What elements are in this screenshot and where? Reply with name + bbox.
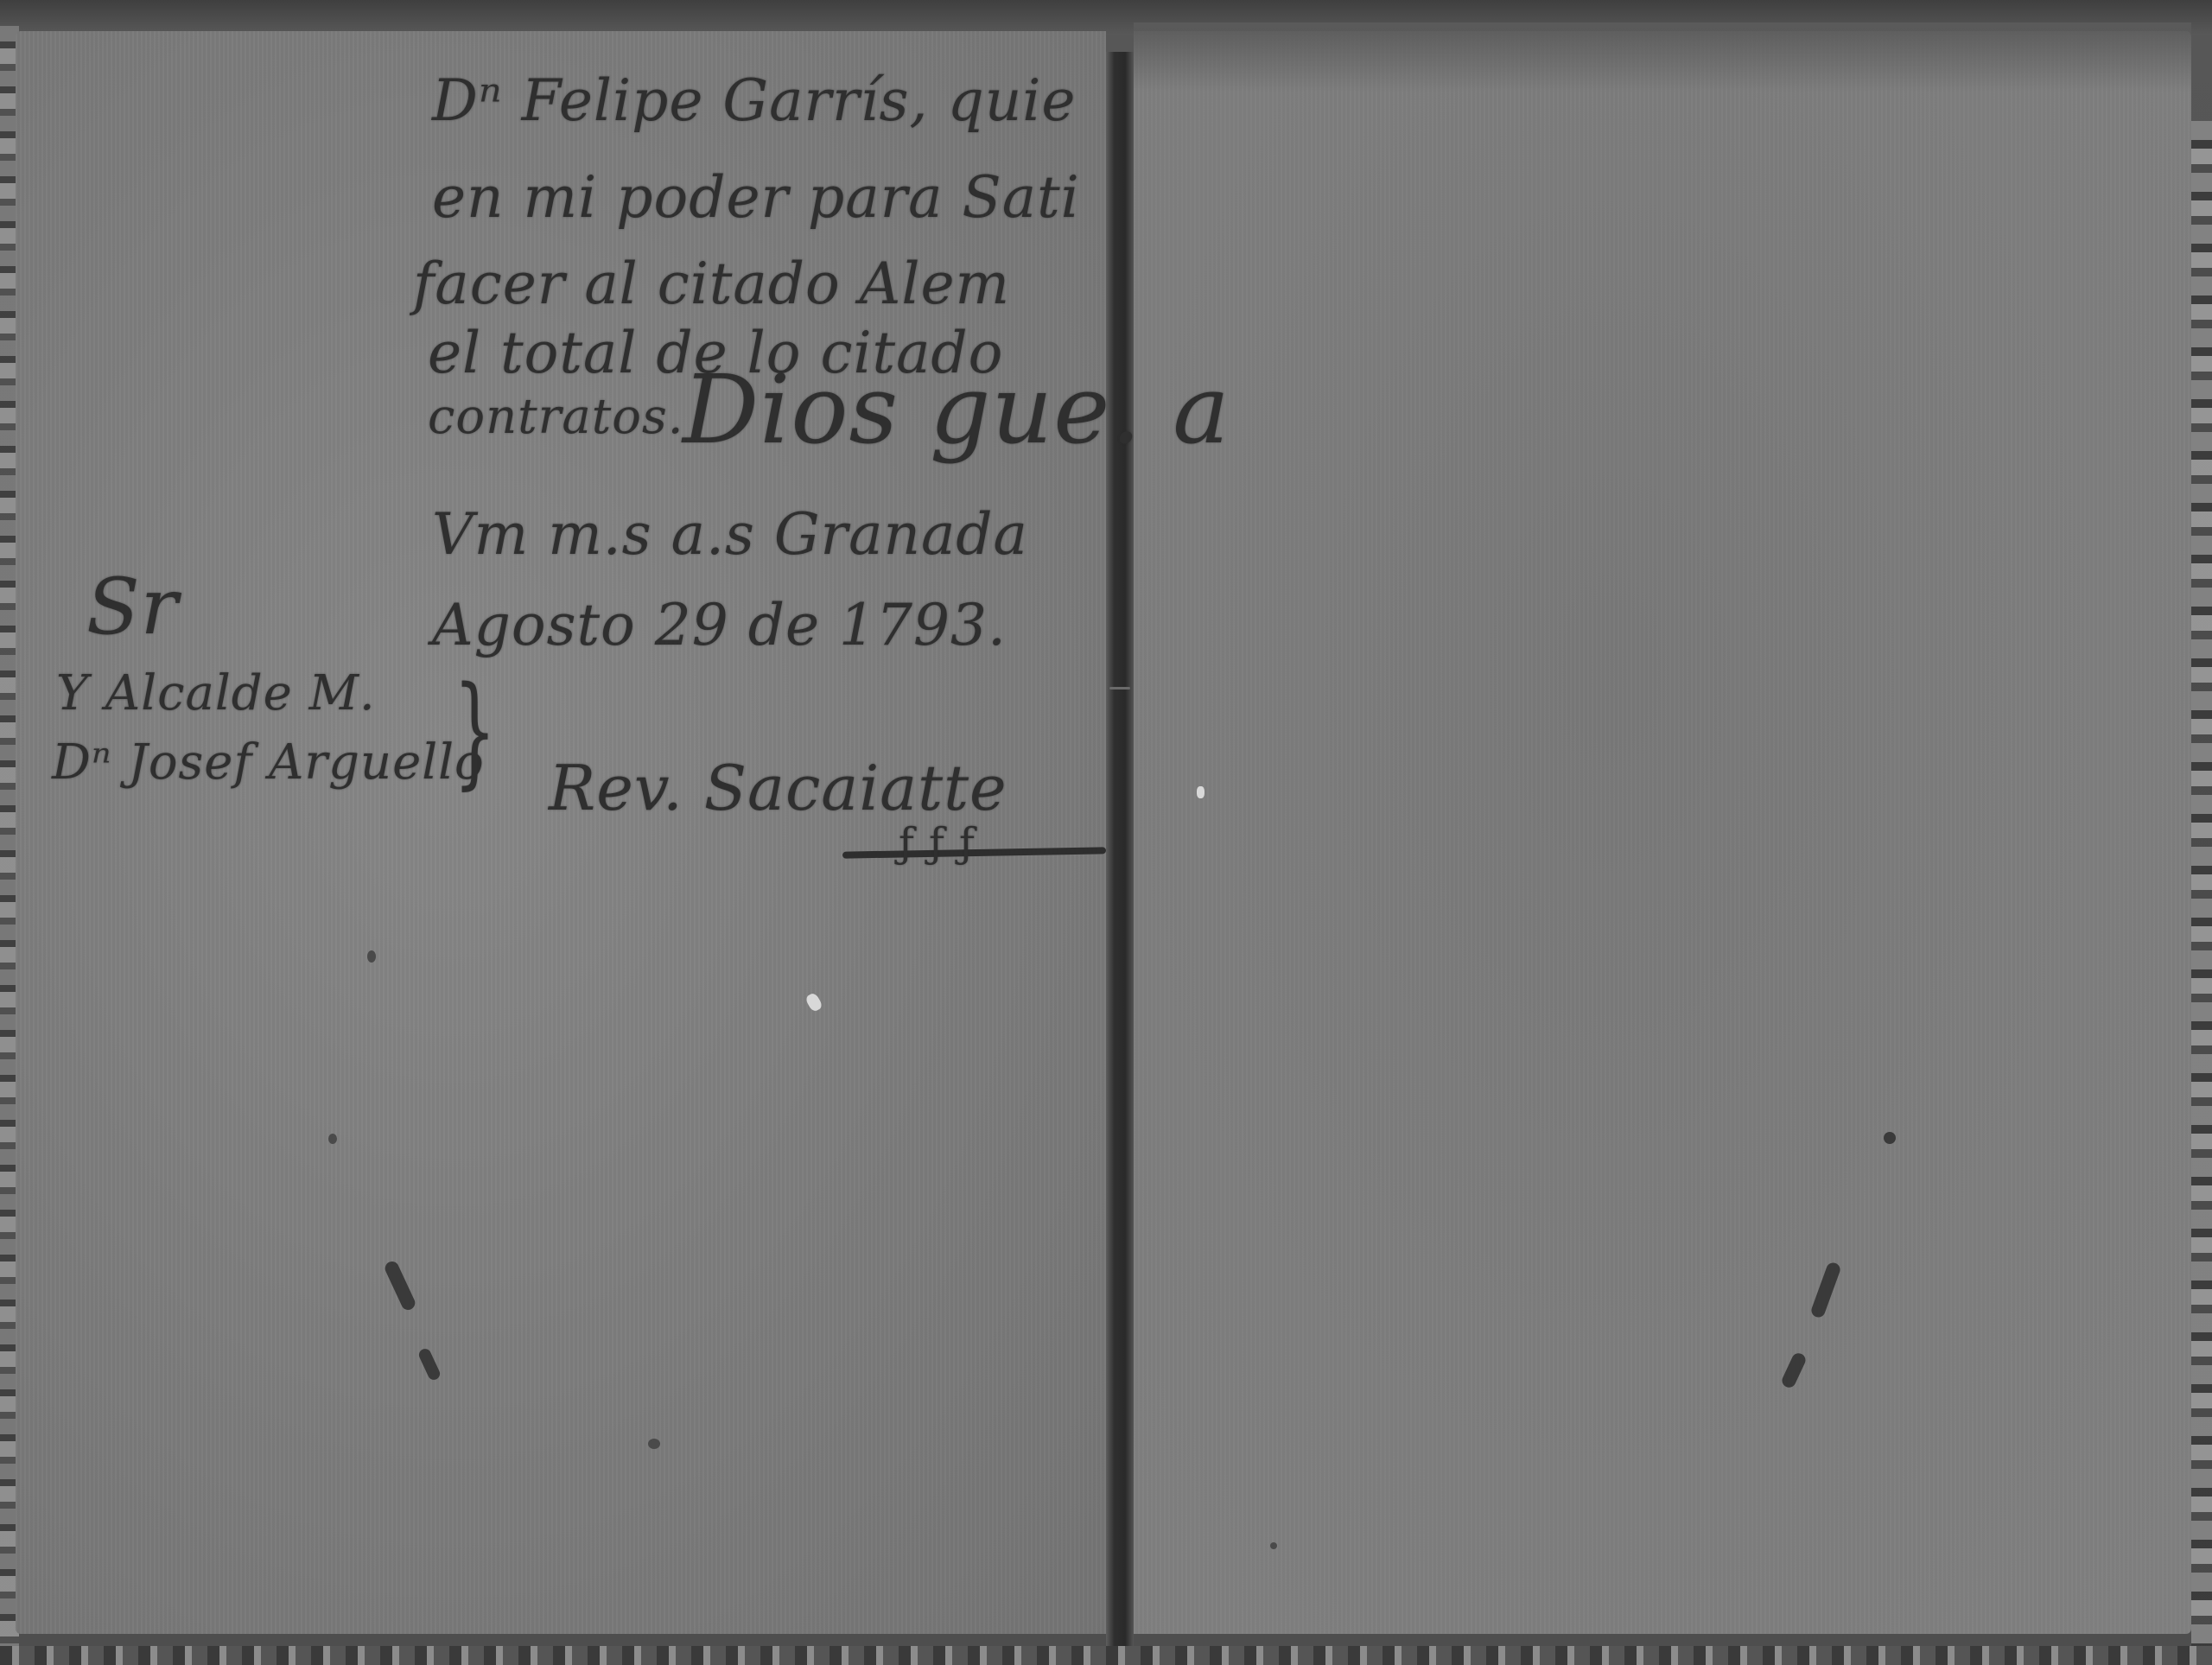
ink-dot — [328, 1134, 337, 1144]
bottom-page-edges — [0, 1646, 2212, 1665]
book-gutter — [1106, 52, 1134, 1665]
body-line-1: Dⁿ Felipe Garrís, quie — [432, 67, 1076, 134]
scanned-manuscript-photo: Dⁿ Felipe Garrís, quie en mi poder para … — [0, 0, 2212, 1665]
body-line-3: facer al citado Alem — [413, 251, 1010, 317]
binding-stitch — [1109, 687, 1130, 690]
ink-dot — [367, 950, 376, 963]
addressee-title: Y Alcalde M. — [56, 665, 376, 721]
ink-dot — [1884, 1132, 1896, 1144]
signature: Rev. Sacaiatte — [549, 752, 1007, 824]
addressee-name: Dⁿ Josef Arguello — [52, 734, 485, 791]
addressee-brace: } — [454, 661, 497, 802]
signature-flourish-ticks: ƒ ƒ ƒ — [899, 819, 976, 867]
date-line: Agosto 29 de 1793. — [432, 592, 1007, 658]
paper-light-speck — [1197, 786, 1205, 798]
body-line-5: contratos. — [428, 389, 684, 445]
body-line-2: en mi poder para Sati — [432, 164, 1080, 231]
ink-dot — [648, 1439, 660, 1449]
ink-dot — [1270, 1542, 1277, 1549]
right-page-blank — [1134, 31, 2191, 1634]
addressee-salutation: Sr — [86, 562, 179, 652]
right-page-edges — [2191, 121, 2212, 1665]
closing-formula: Dios gue. a — [683, 354, 1230, 465]
body-line-6: Vm m.s a.s Granada — [432, 501, 1028, 568]
